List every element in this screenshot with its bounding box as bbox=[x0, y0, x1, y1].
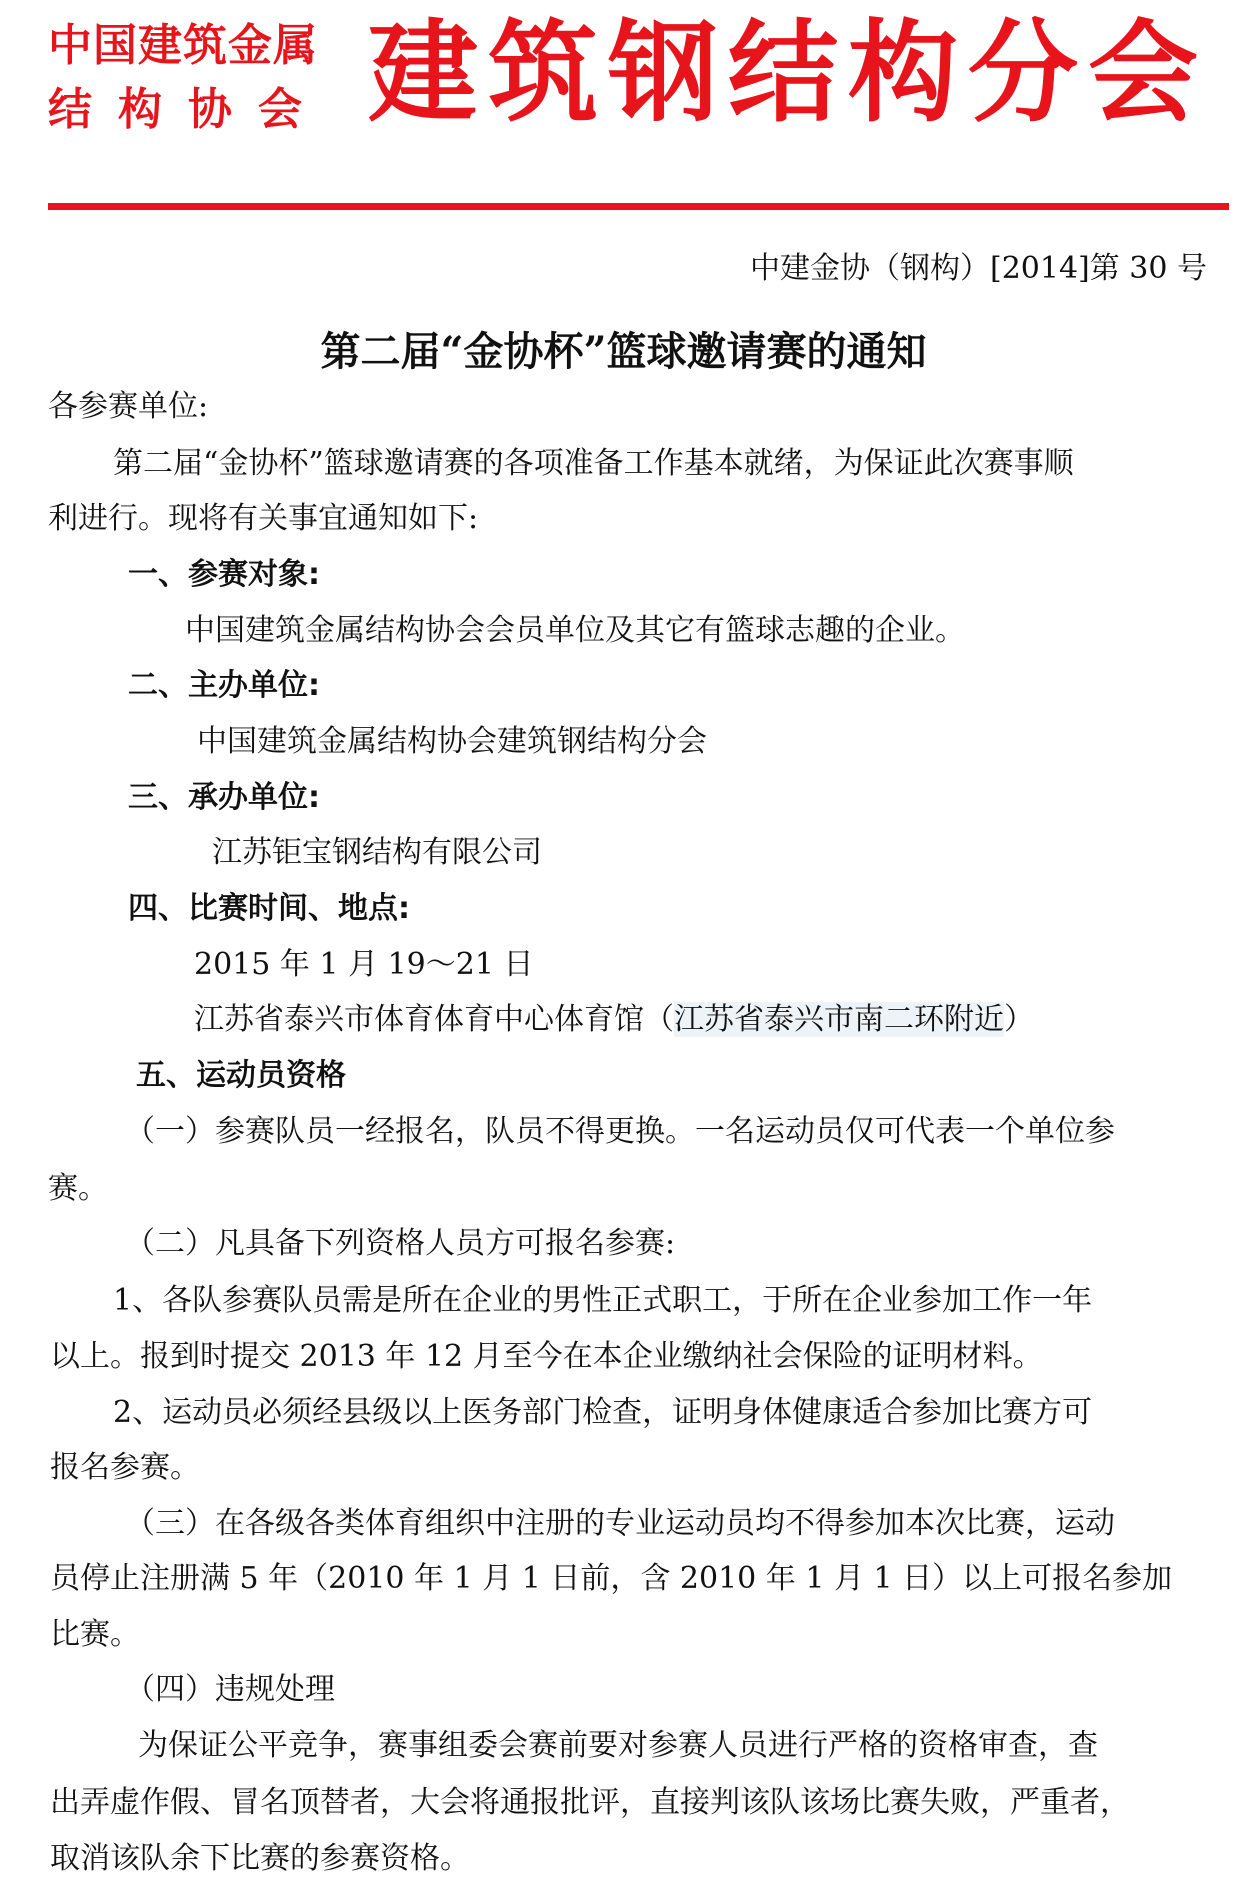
paragraph-line: 出弄虚作假、冒名顶替者，大会将通报批评，直接判该队该场比赛失败，严重者， bbox=[50, 1788, 1130, 1818]
section-heading: 一、参赛对象: bbox=[128, 560, 320, 590]
paragraph-line: （三）在各级各类体育组织中注册的专业运动员均不得参加本次比赛，运动 bbox=[125, 1509, 1115, 1539]
paragraph-line: 为保证公平竞争，赛事组委会赛前要对参赛人员进行严格的资格审查，查 bbox=[138, 1731, 1098, 1761]
paragraph-line: 员停止注册满 5 年（2010 年 1 月 1 日前，含 2010 年 1 月 … bbox=[50, 1564, 1172, 1594]
venue-name: 江苏省泰兴市体育体育中心体育馆（ bbox=[194, 1002, 674, 1037]
org-name-line1: 中国建筑金属 bbox=[48, 24, 318, 68]
paragraph-line: 赛。 bbox=[48, 1174, 108, 1204]
section-heading: 五、运动员资格 bbox=[136, 1061, 346, 1091]
section-text: 江苏钜宝钢结构有限公司 bbox=[212, 838, 542, 868]
intro-line: 利进行。现将有关事宜通知如下: bbox=[48, 504, 478, 534]
paragraph-line: 1、各队参赛队员需是所在企业的男性正式职工，于所在企业参加工作一年 bbox=[113, 1286, 1092, 1316]
paragraph-line: 报名参赛。 bbox=[50, 1453, 200, 1483]
paragraph-line: （一）参赛队员一经报名，队员不得更换。一名运动员仅可代表一个单位参 bbox=[125, 1117, 1115, 1147]
paragraph-line: （二）凡具备下列资格人员方可报名参赛: bbox=[125, 1229, 675, 1259]
section-text: 中国建筑金属结构协会会员单位及其它有篮球志趣的企业。 bbox=[185, 616, 965, 646]
red-divider bbox=[48, 203, 1229, 210]
branch-name: 建筑钢结构分会 bbox=[368, 18, 1208, 128]
section-heading: 二、主办单位: bbox=[128, 671, 320, 701]
section-text: 中国建筑金属结构协会建筑钢结构分会 bbox=[197, 727, 707, 757]
salutation: 各参赛单位: bbox=[48, 392, 208, 422]
section-heading: 三、承办单位: bbox=[128, 783, 320, 813]
paragraph-line: 2、运动员必须经县级以上医务部门检查，证明身体健康适合参加比赛方可 bbox=[113, 1398, 1092, 1428]
event-venue: 江苏省泰兴市体育体育中心体育馆（江苏省泰兴市南二环附近） bbox=[194, 1005, 1034, 1035]
venue-note: 江苏省泰兴市南二环附近 bbox=[674, 1002, 1004, 1037]
org-name-line2: 结构协会 bbox=[48, 88, 328, 132]
intro-line: 第二届“金协杯”篮球邀请赛的各项准备工作基本就绪，为保证此次赛事顺 bbox=[113, 449, 1074, 479]
page-title: 第二届“金协杯”篮球邀请赛的通知 bbox=[0, 320, 1247, 377]
paragraph-line: 以上。报到时提交 2013 年 12 月至今在本企业缴纳社会保险的证明材料。 bbox=[50, 1342, 1043, 1372]
paragraph-line: （四）违规处理 bbox=[125, 1675, 335, 1705]
venue-close: ） bbox=[1004, 1002, 1034, 1037]
document-number: 中建金协（钢构）[2014]第 30 号 bbox=[750, 243, 1207, 287]
paragraph-line: 比赛。 bbox=[50, 1620, 140, 1650]
section-heading: 四、比赛时间、地点: bbox=[128, 894, 410, 924]
paragraph-line: 取消该队余下比赛的参赛资格。 bbox=[50, 1844, 470, 1874]
event-date: 2015 年 1 月 19～21 日 bbox=[194, 950, 533, 980]
